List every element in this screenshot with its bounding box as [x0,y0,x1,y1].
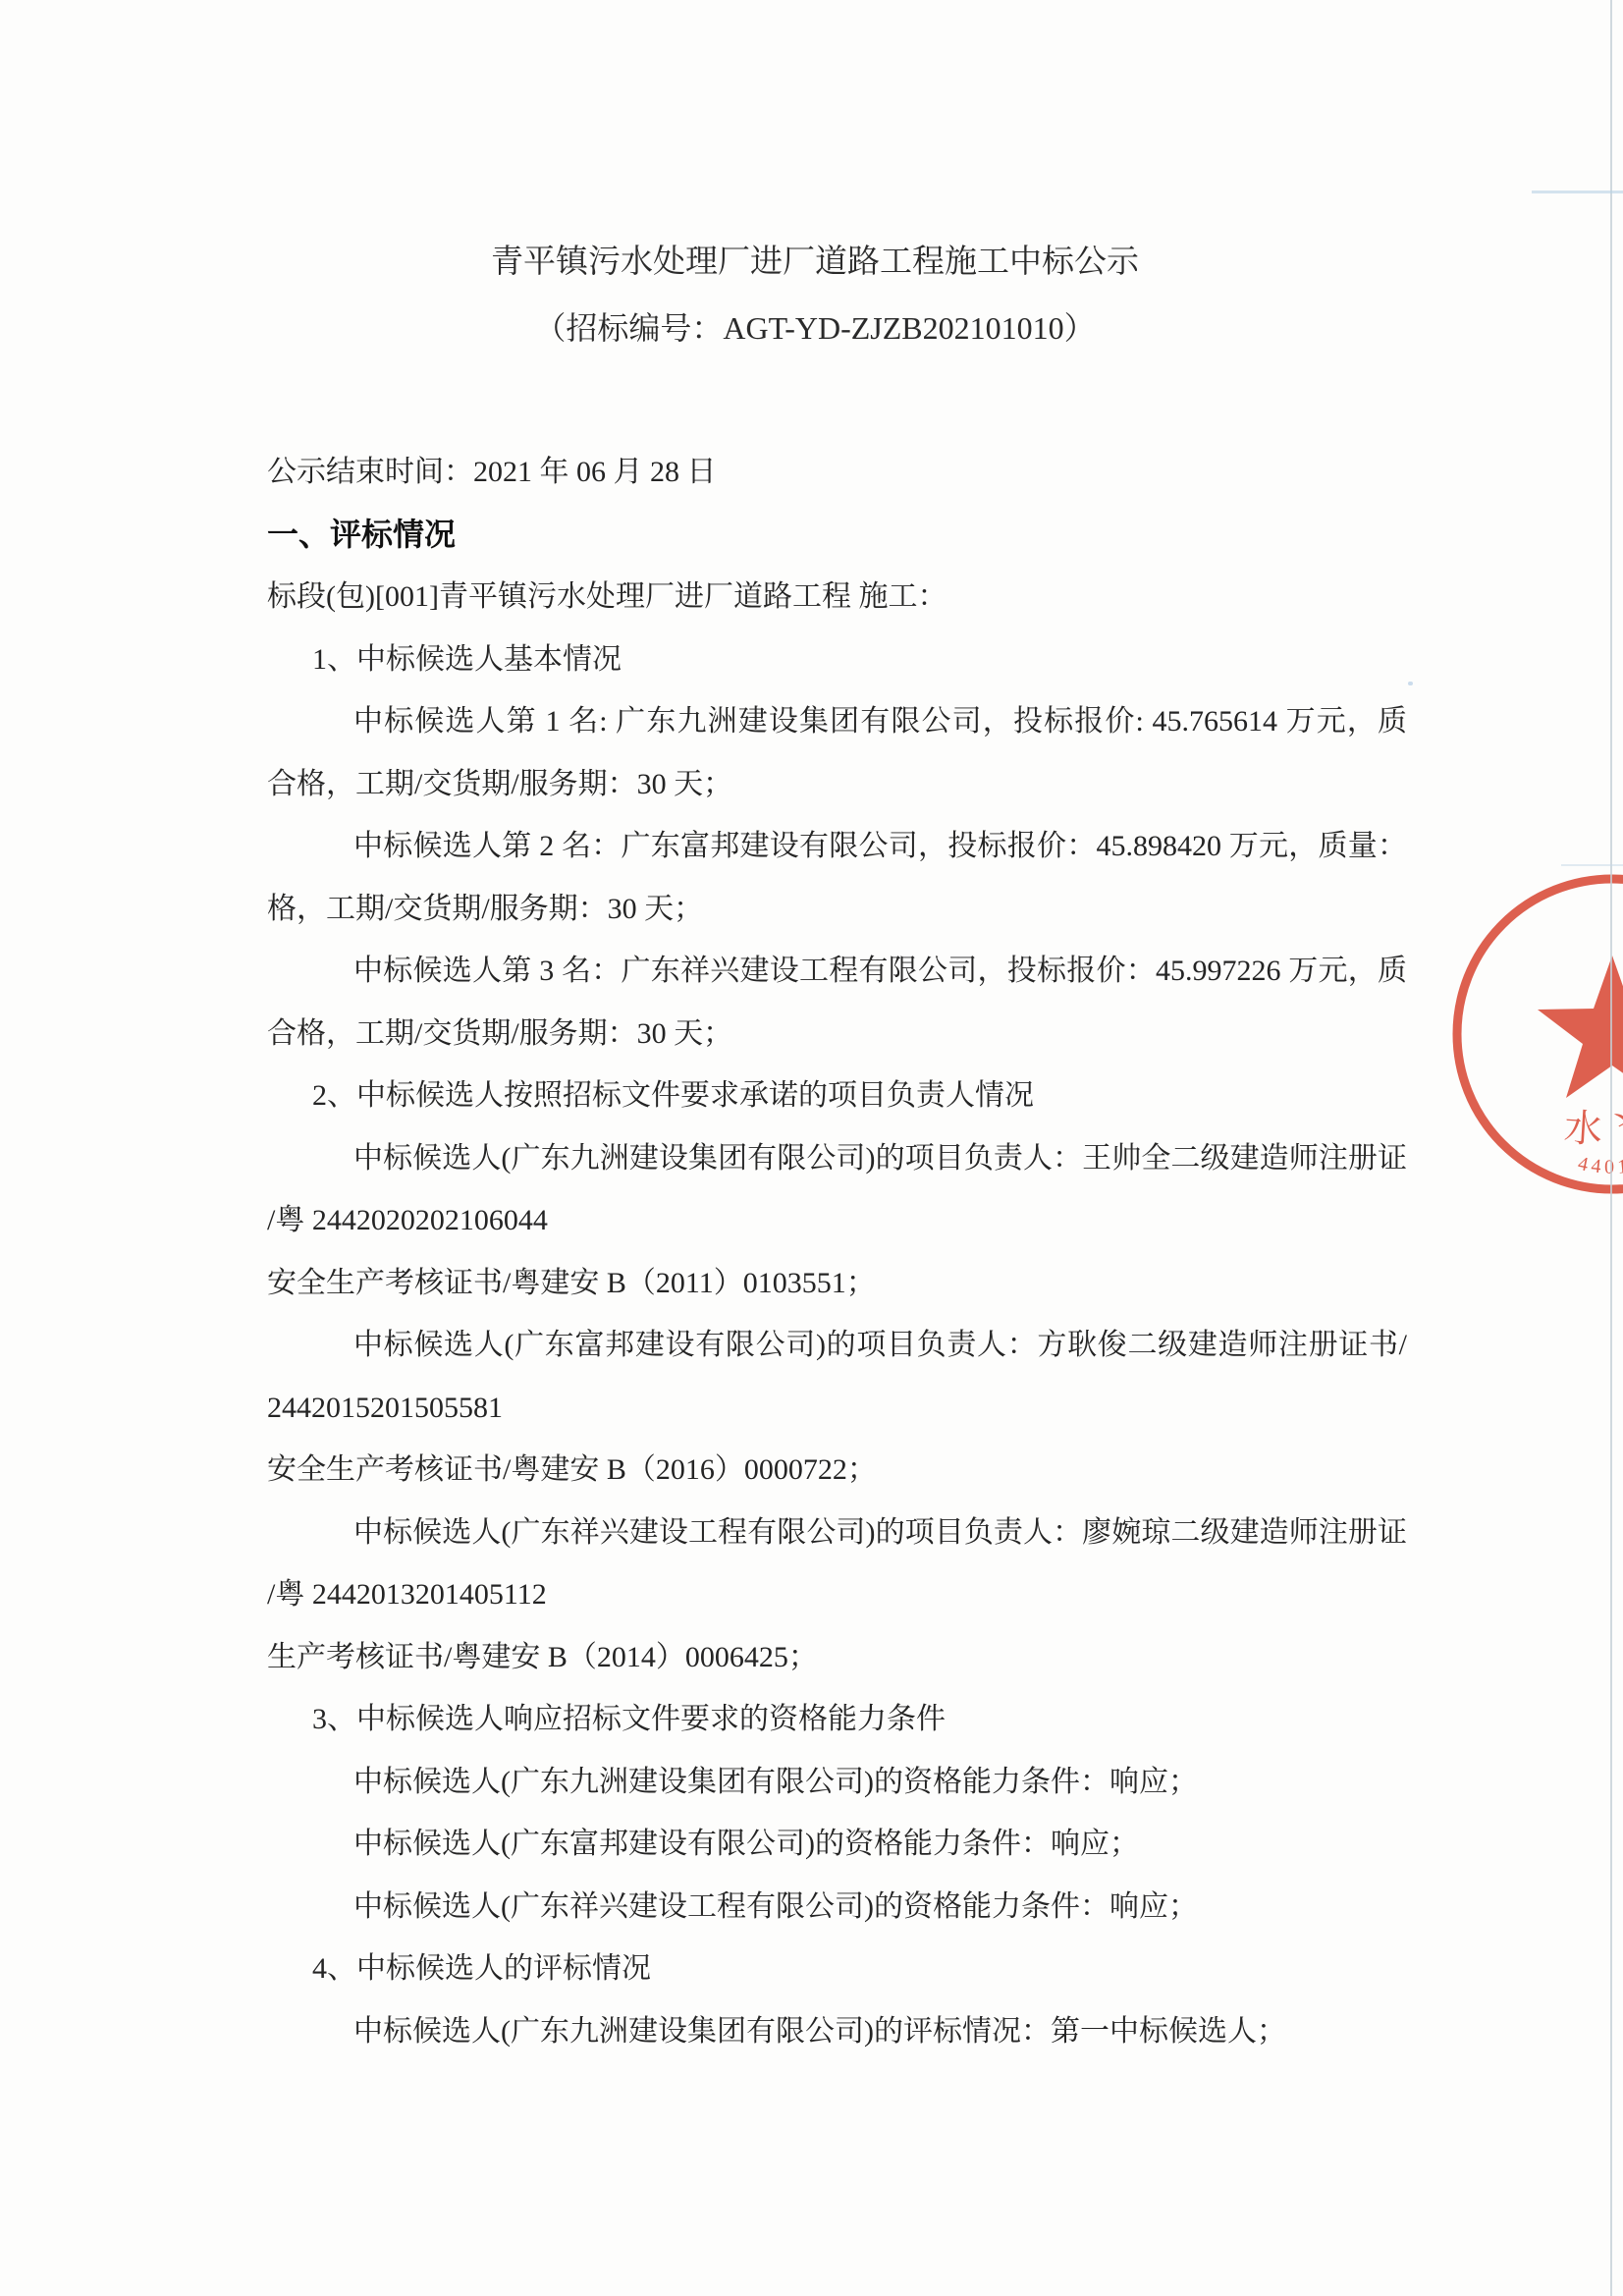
bid-section-line: 标段(包)[001]青平镇污水处理厂进厂道路工程 施工： [267,566,1407,629]
tender-number-subtitle: （招标编号：AGT-YD-ZJZB202101010） [245,307,1384,349]
publicity-end-time-line: 公示结束时间：2021 年 06 月 28 日 [267,441,1407,504]
document-page: 青平镇污水处理厂进厂道路工程施工中标公示 （招标编号：AGT-YD-ZJZB20… [0,0,1623,2296]
qualification-3-line: 中标候选人(广东祥兴建设工程有限公司)的资格能力条件：响应； [267,1876,1407,1939]
company-seal: 水道工程咨询 44010 [1445,867,1623,1221]
item-1-heading: 1、中标候选人基本情况 [267,629,1407,691]
item-3-heading: 3、中标候选人响应招标文件要求的资格能力条件 [267,1688,1407,1751]
document-body: 公示结束时间：2021 年 06 月 28 日 一、评标情况 标段(包)[001… [267,441,1407,2062]
candidate-3-continuation: 合格，工期/交货期/服务期：30 天； [267,1003,1407,1066]
scan-artifact-speck [1408,682,1413,685]
item-2-heading: 2、中标候选人按照招标文件要求承诺的项目负责人情况 [267,1065,1407,1127]
manager-3-cert-number: /粤 2442013201405112 [267,1563,1407,1626]
candidate-1-line: 中标候选人第 1 名: 广东九洲建设集团有限公司，投标报价: 45.765614… [267,690,1407,753]
candidate-3-line: 中标候选人第 3 名：广东祥兴建设工程有限公司，投标报价：45.997226 万… [267,940,1407,1003]
scan-artifact-dash-middle [1561,864,1623,866]
manager-2-safety-cert: 安全生产考核证书/粤建安 B（2016）0000722； [267,1439,1407,1502]
section-heading-evaluation: 一、评标情况 [267,504,1407,567]
item-4-heading: 4、中标候选人的评标情况 [267,1938,1407,2000]
manager-2-line: 中标候选人(广东富邦建设有限公司)的项目负责人：方耿俊二级建造师注册证书/粤 [267,1314,1407,1377]
scan-page-edge-line [1610,0,1612,2296]
candidate-1-continuation: 合格，工期/交货期/服务期：30 天； [267,753,1407,816]
qualification-1-line: 中标候选人(广东九洲建设集团有限公司)的资格能力条件：响应； [267,1751,1407,1814]
candidate-2-continuation: 格，工期/交货期/服务期：30 天； [267,878,1407,941]
document-title: 青平镇污水处理厂进厂道路工程施工中标公示 [245,242,1384,283]
seal-code: 44010 [1576,1153,1623,1178]
evaluation-result-line: 中标候选人(广东九洲建设集团有限公司)的评标情况：第一中标候选人； [267,2000,1407,2063]
scan-artifact-dash-top [1532,191,1623,193]
candidate-2-line: 中标候选人第 2 名：广东富邦建设有限公司，投标报价：45.898420 万元，… [267,815,1407,878]
manager-1-cert-number: /粤 2442020202106044 [267,1189,1407,1252]
manager-1-safety-cert: 安全生产考核证书/粤建安 B（2011）0103551； [267,1252,1407,1315]
manager-1-line: 中标候选人(广东九洲建设集团有限公司)的项目负责人：王帅全二级建造师注册证书 [267,1127,1407,1190]
qualification-2-line: 中标候选人(广东富邦建设有限公司)的资格能力条件：响应； [267,1813,1407,1876]
manager-3-line: 中标候选人(广东祥兴建设工程有限公司)的项目负责人：廖婉琼二级建造师注册证书 [267,1502,1407,1564]
manager-3-safety-cert: 生产考核证书/粤建安 B（2014）0006425； [267,1626,1407,1689]
manager-2-cert-number: 2442015201505581 [267,1377,1407,1440]
